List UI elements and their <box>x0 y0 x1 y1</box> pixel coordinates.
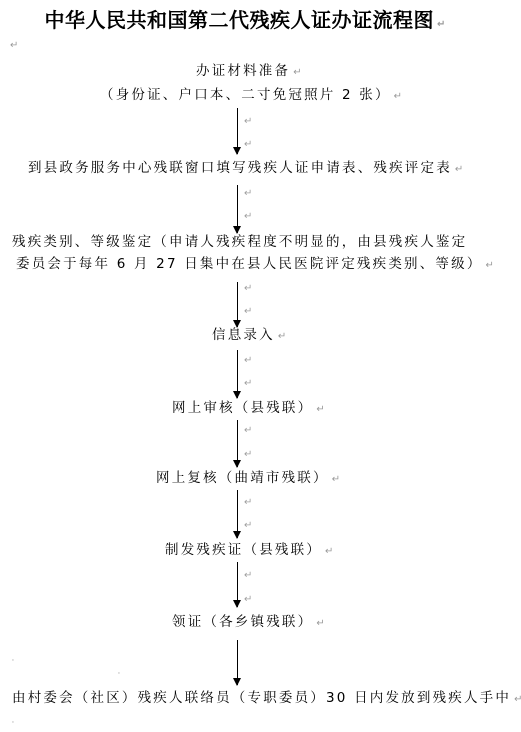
flow-arrow-down-icon <box>237 562 238 607</box>
step-1-line-2: （身份证、户口本、二寸免冠照片 2 张） <box>100 87 391 103</box>
step-1-line-1: 办证材料准备 <box>196 63 290 79</box>
paragraph-mark-icon: ↵ <box>394 91 402 102</box>
paragraph-mark-icon: ↵ <box>244 570 252 581</box>
paragraph-mark-icon: ↵ <box>244 116 252 127</box>
paragraph-mark-icon: ↵ <box>244 520 252 531</box>
paragraph-mark-icon: ↵ <box>514 694 521 705</box>
paragraph-mark-icon: ↵ <box>244 594 252 605</box>
step-9-line-1: 由村委会（社区）残疾人联络员（专职委员）30 日内发放到残疾人手中 <box>12 690 511 706</box>
page-title: 中华人民共和国第二代残疾人证办证流程图↵ <box>0 4 490 33</box>
step-4-text: 信息录入↵ <box>212 327 286 345</box>
flow-arrow-down-icon <box>237 350 238 398</box>
step-3-line-1: 残疾类别、等级鉴定（申请人残疾程度不明显的，由县残疾人鉴定 <box>12 234 467 250</box>
paragraph-mark-icon: ↵ <box>244 211 252 222</box>
paragraph-mark-icon: ↵ <box>244 425 252 436</box>
flow-arrow-down-icon <box>237 282 238 327</box>
paragraph-mark-icon: ↵ <box>244 497 252 508</box>
paragraph-mark-icon: ↵ <box>316 618 324 629</box>
paragraph-mark-icon: ↵ <box>244 139 252 150</box>
paragraph-mark-icon: ↵ <box>10 40 18 51</box>
paragraph-mark-icon: ↵ <box>486 260 494 271</box>
step-9-text: 由村委会（社区）残疾人联络员（专职委员）30 日内发放到残疾人手中↵ <box>12 690 521 708</box>
paragraph-mark-icon: ↵ <box>244 306 252 317</box>
step-8-line-1: 领证（各乡镇残联） <box>172 614 313 630</box>
flow-arrow-down-icon <box>237 490 238 538</box>
step-3-line-2: 委员会于每年 6 月 27 日集中在县人民医院评定残疾类别、等级）↵ <box>16 256 494 274</box>
paragraph-mark-icon: ↵ <box>244 188 252 199</box>
paragraph-mark-icon: ' <box>118 671 120 679</box>
paragraph-mark-icon: ↵ <box>437 19 445 30</box>
step-1-subtext: （身份证、户口本、二寸免冠照片 2 张）↵ <box>100 87 402 105</box>
paragraph-mark-icon: ↵ <box>293 67 301 78</box>
step-3-text-2: 委员会于每年 6 月 27 日集中在县人民医院评定残疾类别、等级） <box>16 256 483 272</box>
flow-arrow-down-icon <box>237 420 238 467</box>
paragraph-mark-icon: ↵ <box>278 331 286 342</box>
paragraph-mark-icon: ↵ <box>325 546 333 557</box>
flow-arrow-down-icon <box>237 108 238 154</box>
step-2-line-1: 到县政务服务中心残联窗口填写残疾人证申请表、残疾评定表 <box>28 160 452 176</box>
paragraph-mark-icon: ↵ <box>244 378 252 389</box>
flow-arrow-down-icon <box>237 185 238 233</box>
title-text: 中华人民共和国第二代残疾人证办证流程图 <box>45 8 435 32</box>
paragraph-mark-icon: ↵ <box>455 164 463 175</box>
step-7-line-1: 制发残疾证（县残联） <box>165 542 322 558</box>
flow-arrow-down-icon <box>237 640 238 685</box>
paragraph-mark-icon: ↵ <box>316 404 324 415</box>
paragraph-mark-icon: ↵ <box>244 449 252 460</box>
step-7-text: 制发残疾证（县残联）↵ <box>165 542 333 560</box>
step-5-text: 网上审核（县残联）↵ <box>172 400 325 418</box>
step-4-line-1: 信息录入 <box>212 327 275 343</box>
paragraph-mark-icon: ↵ <box>332 474 340 485</box>
paragraph-mark-icon: ↵ <box>244 283 252 294</box>
paragraph-mark-icon: ' <box>12 658 14 666</box>
paragraph-mark-icon: ↵ <box>244 355 252 366</box>
step-5-line-1: 网上审核（县残联） <box>172 400 313 416</box>
step-3-text-1: 残疾类别、等级鉴定（申请人残疾程度不明显的，由县残疾人鉴定 <box>12 234 467 250</box>
step-1-heading: 办证材料准备↵ <box>196 63 302 81</box>
step-6-line-1: 网上复核（曲靖市残联） <box>156 470 329 486</box>
step-6-text: 网上复核（曲靖市残联）↵ <box>156 470 340 488</box>
step-2-text: 到县政务服务中心残联窗口填写残疾人证申请表、残疾评定表↵ <box>28 160 463 178</box>
step-8-text: 领证（各乡镇残联）↵ <box>172 614 325 632</box>
paragraph-mark-icon: ' <box>12 720 14 728</box>
